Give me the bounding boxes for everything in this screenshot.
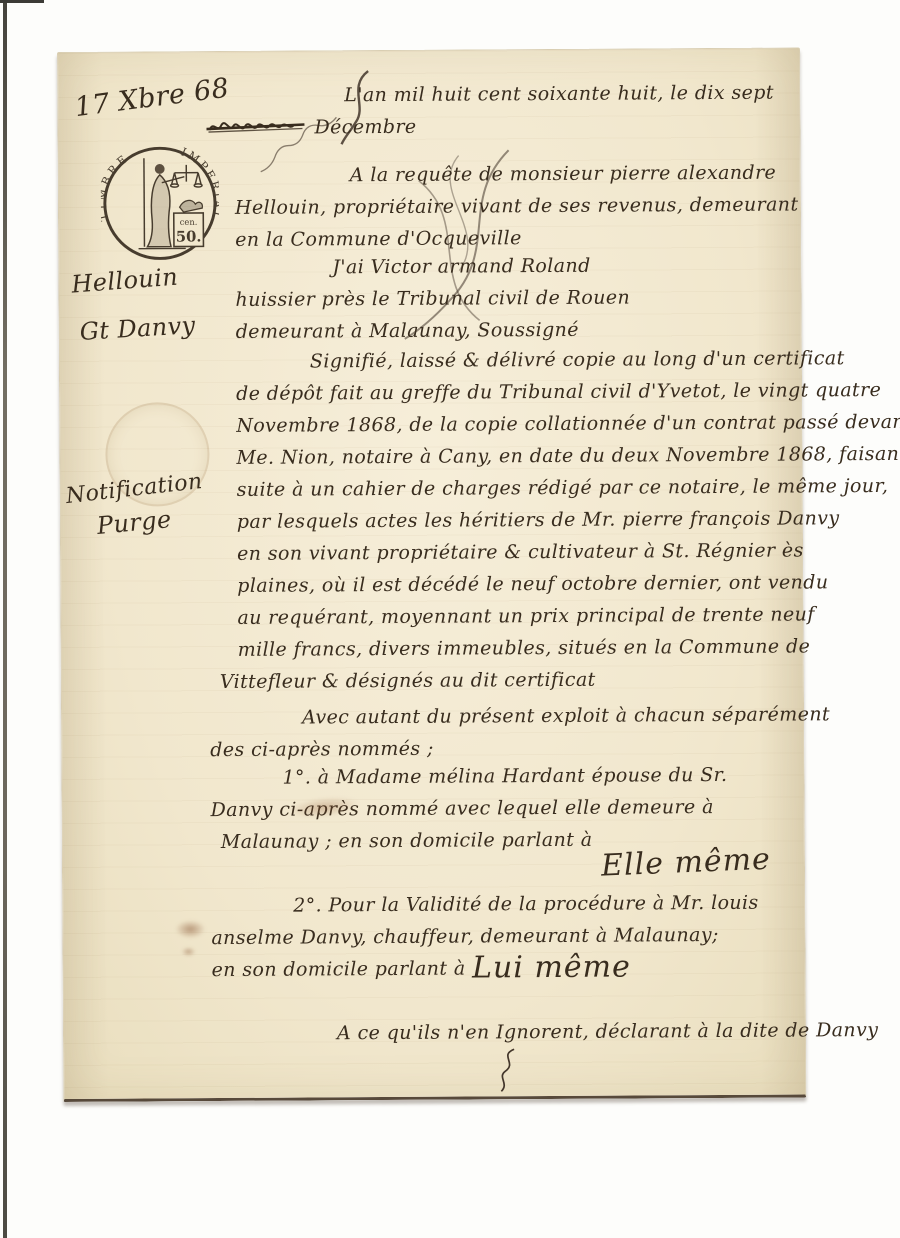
closing-flourish	[489, 1045, 529, 1095]
body-line: mille francs, divers immeubles, situés e…	[210, 630, 816, 666]
body-line: au requérant, moyennant un prix principa…	[209, 598, 815, 634]
body-line: suite à un cahier de charges rédigé par …	[209, 470, 815, 506]
paragraph-premier-destinataire: 1°. à Madame mélina Hardant épouse du Sr…	[210, 758, 817, 888]
stamp-denomination-value: 50.	[176, 228, 202, 245]
body-line-text: en son domicile parlant à	[212, 958, 466, 982]
body-line: Avec autant du présent exploit à chacun …	[210, 698, 816, 734]
paragraph-second-destinataire: 2°. Pour la Validité de la procédure à M…	[211, 886, 818, 986]
body-line: en son domicile parlant à Lui même	[212, 950, 818, 986]
body-line: Vittefleur & désignés au dit certificat	[210, 662, 816, 698]
scan-edge-mark	[0, 0, 44, 3]
body-line: J'ai Victor armand Roland	[207, 248, 813, 284]
paragraph-opening: L'an mil huit cent soixante huit, le dix…	[206, 76, 812, 144]
lui-meme-mention: Lui même	[472, 950, 631, 986]
body-line: Novembre 1868, de la copie collationnée …	[208, 406, 814, 442]
body-line: de dépôt fait au greffe du Tribunal civi…	[208, 374, 814, 410]
body-line: anselme Danvy, chauffeur, demeurant à Ma…	[211, 918, 817, 954]
stamp-arc-text-left: TIMBRE	[101, 151, 133, 222]
scan-edge-line	[3, 0, 7, 1238]
body-line: huissier près le Tribunal civil de Rouen	[207, 280, 813, 316]
crossed-out-scribble	[206, 114, 306, 135]
ink-stain	[181, 947, 195, 956]
body-line: en son vivant propriétaire & cultivateur…	[209, 534, 815, 570]
body-line: Me. Nion, notaire à Cany, en date du deu…	[208, 438, 814, 474]
paragraph-copies: Avec autant du présent exploit à chacun …	[210, 698, 816, 766]
body-line: 1°. à Madame mélina Hardant épouse du Sr…	[210, 758, 816, 794]
body-line: plaines, où il est décédé le neuf octobr…	[209, 566, 815, 602]
stamp-denomination-box: cen. 50.	[174, 213, 204, 247]
body-line-text: Décembre	[314, 116, 416, 139]
paragraph-signification: Signifié, laissé & délivré copie au long…	[208, 342, 816, 698]
body-line: par lesquels actes les héritiers de Mr. …	[209, 502, 815, 538]
paragraph-huissier: J'ai Victor armand Roland huissier près …	[207, 248, 814, 348]
paragraph-requete: A la requête de monsieur pierre alexandr…	[207, 156, 814, 256]
stamp-denomination-unit: cen.	[180, 217, 198, 227]
body-line: Signifié, laissé & délivré copie au long…	[208, 342, 814, 378]
document-paper: 17 Xbre 68 TIMBRE IMPERIAL.	[57, 47, 806, 1102]
eagle-figure	[180, 200, 203, 212]
imperial-revenue-stamp: TIMBRE IMPERIAL.	[101, 144, 220, 263]
body-line: A la requête de monsieur pierre alexandr…	[207, 156, 813, 192]
body-line: Hellouin, propriétaire vivant de ses rev…	[207, 188, 813, 224]
body-line: 2°. Pour la Validité de la procédure à M…	[211, 886, 817, 922]
body-line: L'an mil huit cent soixante huit, le dix…	[206, 76, 812, 112]
ink-stain	[175, 920, 205, 938]
body-line: Décembre	[206, 108, 812, 144]
margin-note-party-name: Hellouin	[70, 263, 179, 299]
margin-note-party-versus: Gt Danvy	[79, 311, 196, 346]
margin-note-subject-line2: Purge	[96, 505, 173, 540]
